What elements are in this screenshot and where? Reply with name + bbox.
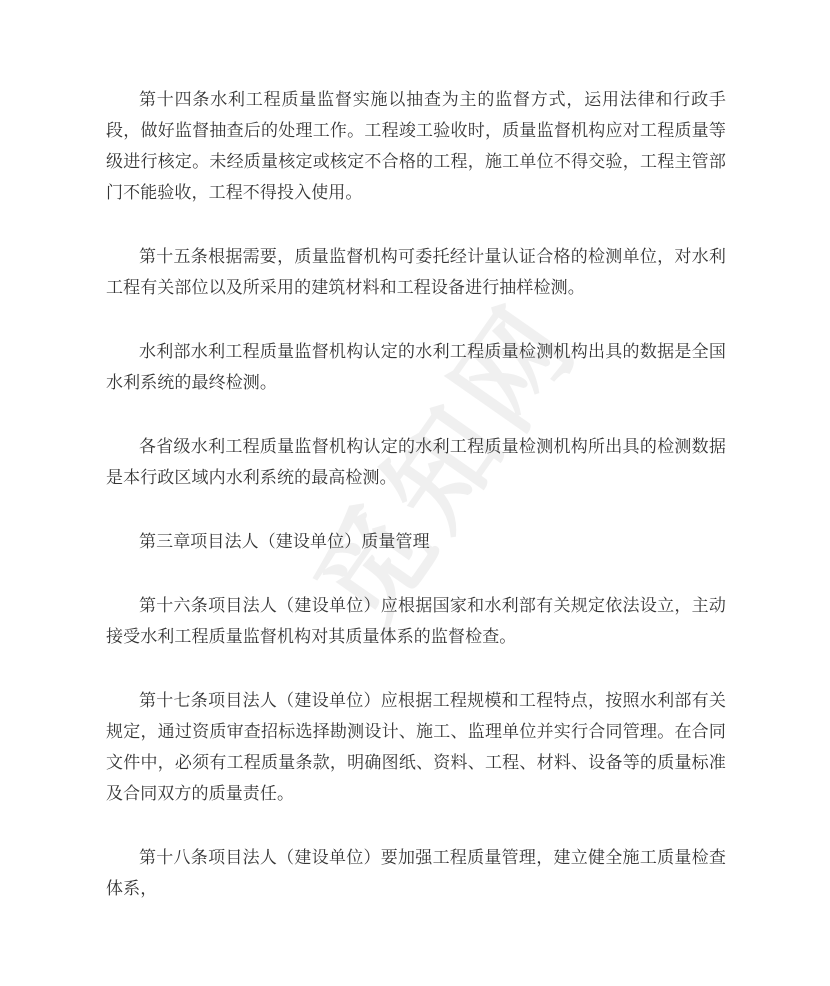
paragraph-national-testing: 水利部水利工程质量监督机构认定的水利工程质量检测机构出具的数据是全国水利系统的最…	[106, 337, 726, 399]
chapter-3-heading: 第三章项目法人（建设单位）质量管理	[106, 527, 726, 558]
article-14: 第十四条水利工程质量监督实施以抽查为主的监督方式，运用法律和行政手段，做好监督抽…	[106, 85, 726, 209]
document-page: 第十四条水利工程质量监督实施以抽查为主的监督方式，运用法律和行政手段，做好监督抽…	[106, 85, 726, 938]
article-16: 第十六条项目法人（建设单位）应根据国家和水利部有关规定依法设立，主动接受水利工程…	[106, 591, 726, 653]
article-15: 第十五条根据需要，质量监督机构可委托经计量认证合格的检测单位，对水利工程有关部位…	[106, 242, 726, 304]
article-18: 第十八条项目法人（建设单位）要加强工程质量管理，建立健全施工质量检查体系，	[106, 843, 726, 905]
paragraph-provincial-testing: 各省级水利工程质量监督机构认定的水利工程质量检测机构所出具的检测数据是本行政区域…	[106, 432, 726, 494]
article-17: 第十七条项目法人（建设单位）应根据工程规模和工程特点，按照水利部有关规定，通过资…	[106, 686, 726, 810]
